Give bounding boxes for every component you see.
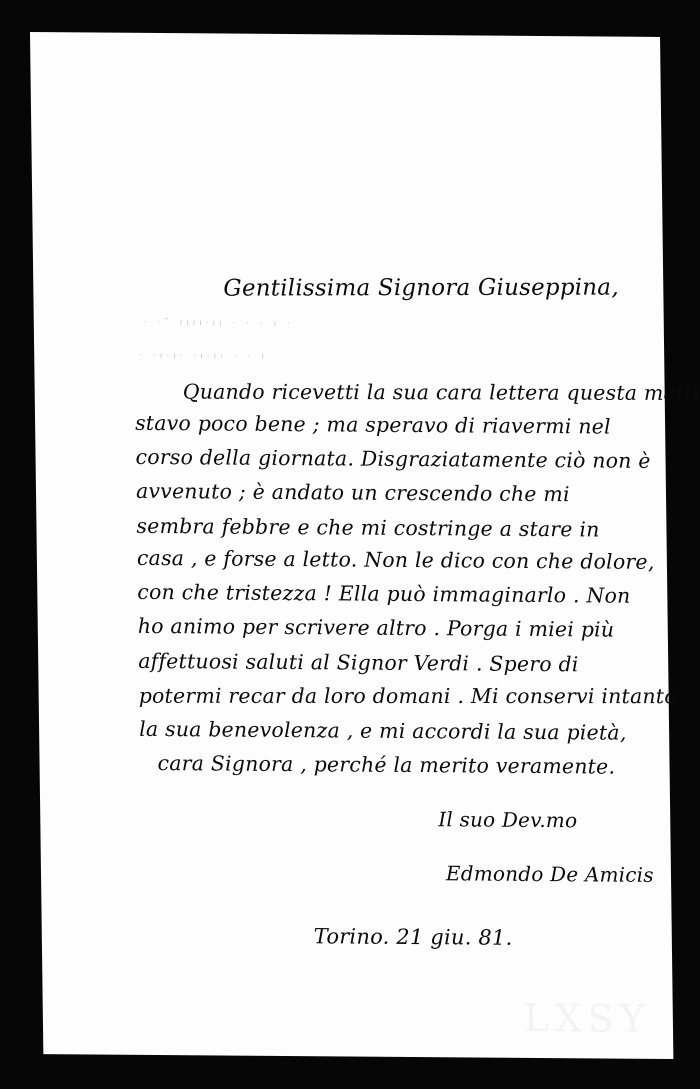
- letter-line-7: con che tristezza ! Ella può immaginarlo…: [137, 580, 630, 608]
- signature: Edmondo De Amicis: [446, 861, 654, 887]
- letter-paper: Gentilissima Signora Giuseppina, · ·˜ ıı…: [30, 32, 673, 1059]
- scanned-letter-image: Gentilissima Signora Giuseppina, · ·˜ ıı…: [0, 0, 700, 1089]
- letter-line-12: cara Signora , perché la merito verament…: [157, 751, 615, 779]
- letter-line-4: avvenuto ; è andato un crescendo che mi: [136, 479, 570, 506]
- letter-line-5: sembra febbre e che mi costringe a stare…: [136, 514, 599, 542]
- letter-line-11: la sua benevolenza , e mi accordi la sua…: [139, 717, 627, 745]
- letter-line-9: affettuosi saluti al Signor Verdi . Sper…: [138, 649, 579, 676]
- letter-line-1: Quando ricevetti la sua cara lettera que…: [182, 380, 700, 405]
- bleed-through-marks: · ·ı·ı· ·ı·ı· · · ı: [139, 351, 268, 362]
- letter-line-3: corso della giornata. Disgraziatamente c…: [135, 445, 650, 473]
- watermark: LXSY: [523, 996, 651, 1041]
- closing: Il suo Dev.mo: [438, 807, 577, 832]
- place-date: Torino. 21 giu. 81.: [314, 924, 513, 950]
- salutation: Gentilissima Signora Giuseppina,: [223, 275, 619, 302]
- bleed-through-marks: · ·˜ ıııı·ıı · · · ı ·: [144, 318, 294, 329]
- letter-line-10: potermi recar da loro domani . Mi conser…: [138, 684, 677, 708]
- letter-line-8: ho animo per scrivere altro . Porga i mi…: [138, 614, 615, 642]
- letter-line-2: stavo poco bene ; ma speravo di riavermi…: [135, 411, 611, 439]
- letter-line-6: casa , e forse a letto. Non le dico con …: [137, 546, 655, 574]
